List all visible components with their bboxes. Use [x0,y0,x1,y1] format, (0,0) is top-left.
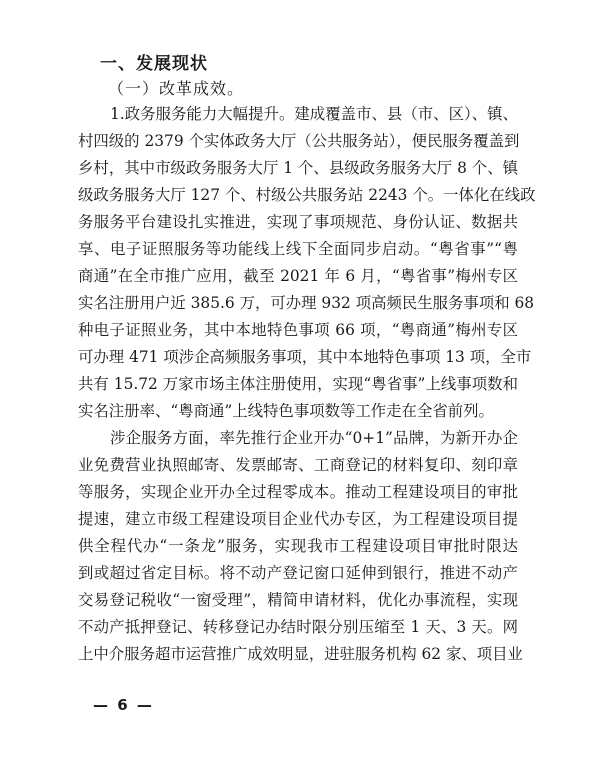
text-line: 务服务平台建设扎实推进，实现了事项规范、身份认证、数据共 [78,212,518,232]
subsection-heading: （一）改革成效。 [108,76,244,99]
page-number: — 6 — [93,696,154,714]
text-line: 享、电子证照服务等功能线上线下全面同步启动。“粤省事”“粤 [78,239,518,259]
text-line: 业免费营业执照邮寄、发票邮寄、工商登记的材料复印、刻印章 [78,455,518,475]
text-line: 提速，建立市级工程建设项目企业代办专区，为工程建设项目提 [78,509,518,529]
text-line: 乡村，其中市级政务服务大厅 1 个、县级政务服务大厅 8 个、镇 [78,158,518,178]
text-line: 种电子证照业务，其中本地特色事项 66 项，“粤商通”梅州专区 [78,320,518,340]
text-line: 交易登记税收“一窗受理”，精简申请材料，优化办事流程，实现 [78,590,518,610]
text-line: 不动产抵押登记、转移登记办结时限分别压缩至 1 天、3 天。网 [78,617,518,637]
text-line: 上中介服务超市运营推广成效明显，进驻服务机构 62 家、项目业 [78,644,518,664]
text-line: 共有 15.72 万家市场主体注册使用，实现“粤省事”上线事项数和 [78,374,518,394]
section-heading: 一、发展现状 [100,49,208,74]
text-line: 实名注册率、“粤商通”上线特色事项数等工作走在全省前列。 [78,401,518,421]
text-line: 1.政务服务能力大幅提升。建成覆盖市、县（市、区）、镇、 [110,104,518,124]
text-line: 商通”在全市推广应用，截至 2021 年 6 月，“粤省事”梅州专区 [78,266,518,286]
text-line: 供全程代办“一条龙”服务，实现我市工程建设项目审批时限达 [78,536,518,556]
text-line: 涉企服务方面，率先推行企业开办“0+1”品牌，为新开办企 [110,428,518,448]
text-line: 等服务，实现企业开办全过程零成本。推动工程建设项目的审批 [78,482,518,502]
text-line: 可办理 471 项涉企高频服务事项，其中本地特色事项 13 项，全市 [78,347,518,367]
text-line: 到或超过省定目标。将不动产登记窗口延伸到银行，推进不动产 [78,563,518,583]
text-line: 村四级的 2379 个实体政务大厅（公共服务站），便民服务覆盖到 [78,131,518,151]
text-line: 实名注册用户近 385.6 万，可办理 932 项高频民生服务事项和 68 [78,293,518,313]
text-line: 级政务服务大厅 127 个、村级公共服务站 2243 个。一体化在线政 [78,185,518,205]
